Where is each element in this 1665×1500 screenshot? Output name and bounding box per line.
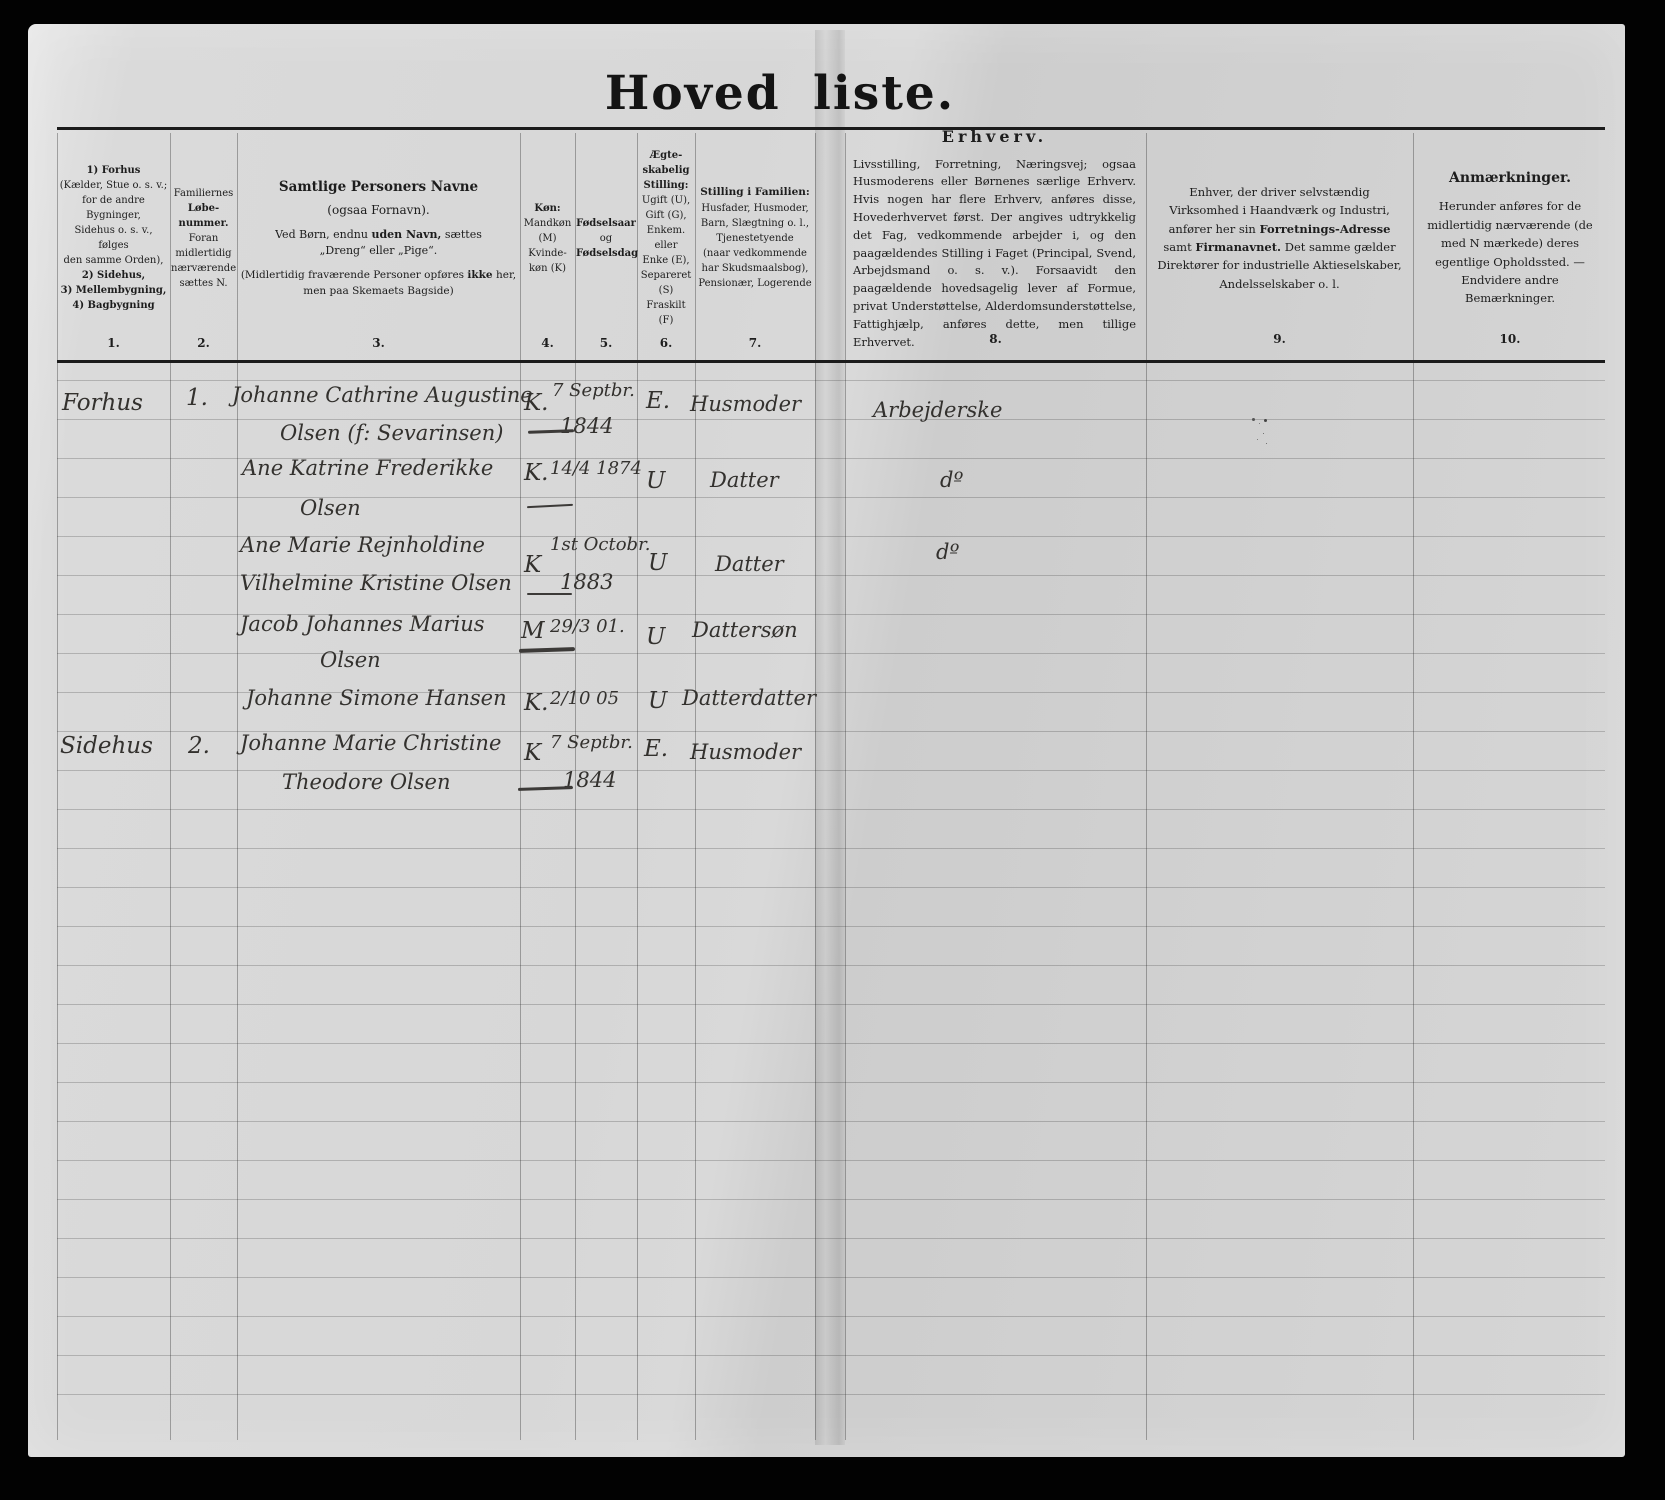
title-rule	[57, 127, 1605, 130]
header-line: (S)	[638, 283, 694, 298]
column-number-7: 7.	[695, 336, 815, 350]
entry-number: 2.	[188, 733, 210, 759]
column-header-names: Samtlige Personers Navne (ogsaa Fornavn)…	[239, 138, 518, 338]
header-line: Køn:	[521, 201, 574, 216]
entry-birthyear: 1883	[560, 570, 613, 594]
entry-name-line2: Olsen	[300, 496, 361, 520]
entry-occupation: Arbejderske	[873, 398, 1002, 422]
column-number-4: 4.	[520, 336, 575, 350]
header-line: Separeret	[638, 268, 694, 283]
entry-name-line1: Johanne Simone Hansen	[246, 686, 507, 710]
header-line: Husfader, Husmoder,	[697, 201, 813, 216]
column-number-5: 5.	[575, 336, 637, 350]
entry-birthdate: 7 Septbr.	[552, 380, 635, 401]
column-number-2: 2.	[170, 336, 237, 350]
entry-name-line1: Jacob Johannes Marius	[240, 612, 485, 636]
header-line: nummer.	[171, 216, 236, 231]
entry-number: 1.	[186, 385, 208, 411]
entry-position: Dattersøn	[692, 618, 798, 642]
column-number-8: 8.	[845, 332, 1146, 346]
header-line: Enke (E),	[638, 253, 694, 268]
header-paragraph: Livsstilling, Forretning, Næringsvej; og…	[853, 156, 1136, 352]
column-header-marital-status: Ægte- skabelig Stilling: Ugift (U), Gift…	[638, 138, 694, 338]
entry-birthdate: 29/3 01.	[550, 616, 625, 637]
entry-occupation: dº	[936, 540, 959, 564]
header-line: Barn, Slægtning o. l.,	[697, 216, 813, 231]
entry-name-line2: Theodore Olsen	[282, 770, 451, 794]
entry-marital: U	[646, 468, 665, 494]
entry-sex: K.	[524, 460, 549, 486]
entry-marital: E.	[644, 736, 668, 762]
column-number-3: 3.	[237, 336, 520, 350]
column-number-10: 10.	[1413, 332, 1607, 346]
header-line: har Skudsmaalsbog),	[697, 261, 813, 276]
header-line: Foran	[171, 231, 236, 246]
header-line: Erhverv.	[853, 125, 1136, 149]
column-number-6: 6.	[637, 336, 695, 350]
entry-name-line1: Ane Katrine Frederikke	[242, 456, 493, 480]
entry-sex: K.	[524, 690, 549, 716]
header-line: Fødselsdag	[576, 246, 636, 261]
entry-house: Forhus	[62, 390, 143, 416]
header-line: og	[576, 231, 636, 246]
entry-name-line1: Ane Marie Rejnholdine	[240, 533, 485, 557]
header-line: for de andre Bygninger,	[59, 193, 168, 223]
column-header-business-address: Enhver, der driver selvstændig Virksomhe…	[1156, 138, 1403, 338]
header-line: sættes N.	[171, 276, 236, 291]
header-line: Fraskilt (F)	[638, 298, 694, 328]
entry-position: Datterdatter	[682, 686, 816, 710]
header-line: (Kælder, Stue o. s. v.;	[59, 178, 168, 193]
header-line: Stilling i Familien:	[697, 185, 813, 201]
entry-sex: K.	[524, 390, 549, 416]
header-line: midlertidig	[171, 246, 236, 261]
page-title: Hoved liste.	[0, 66, 1560, 121]
entry-position: Husmoder	[690, 392, 801, 416]
entry-name-line2: Olsen (f: Sevarinsen)	[280, 421, 503, 445]
header-line: Pensionær, Logerende	[697, 276, 813, 291]
entry-birthdate: 14/4 1874	[550, 458, 642, 479]
column-number-9: 9.	[1146, 332, 1413, 346]
column-header-family-position: Stilling i Familien: Husfader, Husmoder,…	[697, 138, 813, 338]
header-line: „Dreng“ eller „Pige“.	[239, 243, 518, 260]
ink-stroke	[527, 593, 572, 595]
entry-marital: E.	[646, 388, 670, 414]
column-header-birthdate: Fødselsaar og Fødselsdag	[576, 138, 636, 338]
header-line: Tjenestetyende	[697, 231, 813, 246]
entry-marital: U	[648, 688, 667, 714]
header-line: 4) Bagbygning	[59, 298, 168, 313]
header-line: Samtlige Personers Navne	[239, 177, 518, 197]
column-header-building: 1) Forhus (Kælder, Stue o. s. v.; for de…	[59, 138, 168, 338]
header-line: (M)	[521, 231, 574, 246]
header-line: Mandkøn	[521, 216, 574, 231]
header-line: køn (K)	[521, 261, 574, 276]
header-line: men paa Skemaets Bagside)	[239, 284, 518, 300]
entry-name-line1: Johanne Cathrine Augustine	[232, 383, 533, 407]
column-header-remarks: Anmærkninger. Herunder anføres for de mi…	[1421, 138, 1599, 338]
entry-sex: K	[524, 740, 541, 766]
header-line: 1) Forhus	[59, 163, 168, 178]
entry-position: Datter	[715, 552, 784, 576]
header-line: den samme Orden),	[59, 253, 168, 268]
header-line: Kvinde-	[521, 246, 574, 261]
column-number-1: 1.	[57, 336, 170, 350]
entry-marital: U	[648, 550, 667, 576]
header-line: Anmærkninger.	[1421, 168, 1599, 189]
header-line: Familiernes	[171, 186, 236, 201]
header-line: Ved Børn, endnu uden Navn, sættes	[239, 227, 518, 244]
entry-house: Sidehus	[60, 733, 153, 759]
entry-position: Datter	[710, 468, 779, 492]
column-header-sex: Køn: Mandkøn (M) Kvinde- køn (K)	[521, 138, 574, 338]
header-line: Ugift (U),	[638, 193, 694, 208]
entry-name-line2: Olsen	[320, 648, 381, 672]
entry-position: Husmoder	[690, 740, 801, 764]
header-paragraph: Enhver, der driver selvstændig Virksomhe…	[1156, 183, 1403, 293]
header-line: Fødselsaar	[576, 216, 636, 231]
header-line: (Midlertidig fraværende Personer opføres…	[239, 268, 518, 284]
entry-marital: U	[646, 624, 665, 650]
ink-specks	[1252, 418, 1255, 421]
header-line: (ogsaa Fornavn).	[239, 201, 518, 219]
column-header-occupation: Erhverv. Livsstilling, Forretning, Nærin…	[853, 138, 1136, 338]
entry-sex: K	[524, 552, 541, 578]
entry-birthyear: 1844	[560, 414, 613, 438]
header-line: Ægte-	[638, 148, 694, 163]
header-line: 2) Sidehus,	[59, 268, 168, 283]
entry-name-line1: Johanne Marie Christine	[240, 731, 501, 755]
entry-birthdate: 1st Octobr.	[550, 534, 650, 555]
header-line: Gift (G),	[638, 208, 694, 223]
header-line: Enkem. eller	[638, 223, 694, 253]
header-line: 3) Mellembygning,	[59, 283, 168, 298]
entry-birthdate: 2/10 05	[550, 688, 619, 709]
header-line: (naar vedkommende	[697, 246, 813, 261]
header-line: Stilling:	[638, 178, 694, 193]
header-line: Løbe-	[171, 201, 236, 216]
entry-name-line2: Vilhelmine Kristine Olsen	[240, 571, 512, 595]
header-bottom-rule	[57, 360, 1605, 363]
entry-birthdate: 7 Septbr.	[550, 732, 633, 753]
header-line: nærværende	[171, 261, 236, 276]
header-line: Sidehus o. s. v., følges	[59, 223, 168, 253]
header-line: skabelig	[638, 163, 694, 178]
census-form-scan: Hoved liste. 1) Forhus (Kælder, Stue o. …	[0, 0, 1665, 1500]
column-header-family-number: Familiernes Løbe- nummer. Foran midlerti…	[171, 138, 236, 338]
entry-occupation: dº	[940, 468, 963, 492]
entry-sex: M	[521, 618, 545, 644]
header-paragraph: Herunder anføres for de midlertidig nærv…	[1421, 197, 1599, 307]
